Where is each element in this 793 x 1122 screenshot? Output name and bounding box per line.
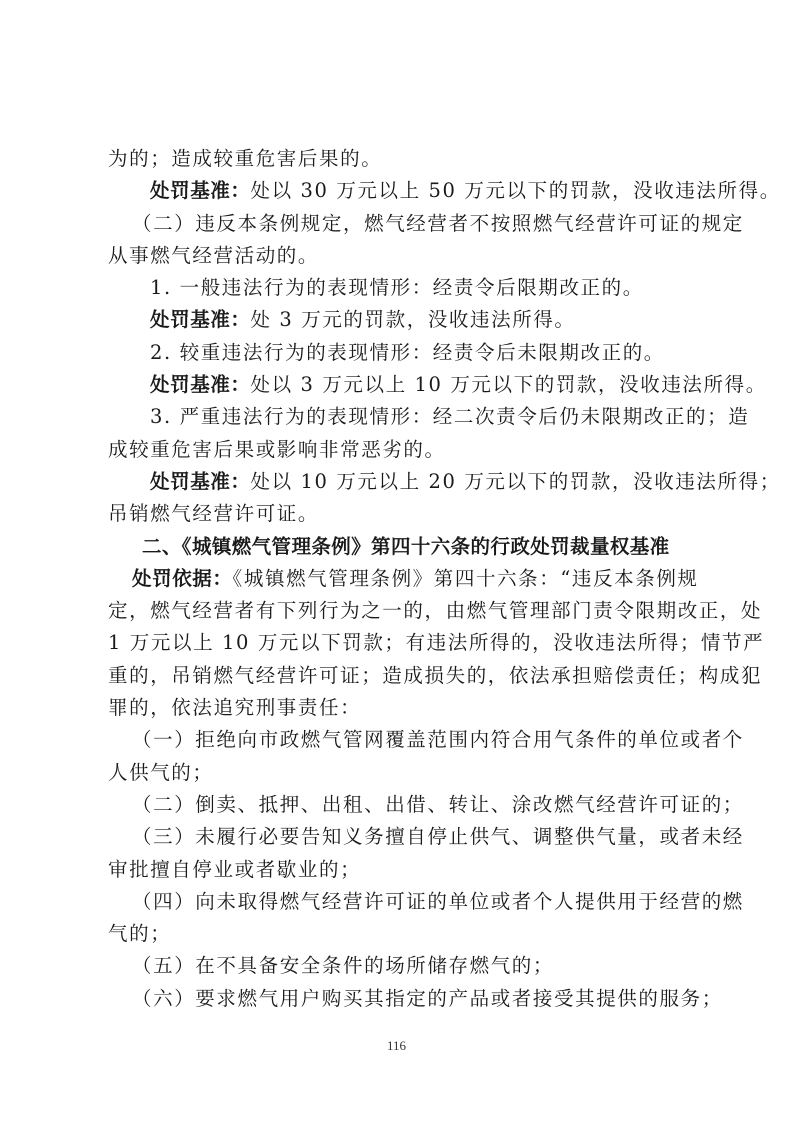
- case-line: 1. 一般违法行为的表现情形：经责令后限期改正的。: [108, 272, 686, 304]
- page-number: 116: [0, 1038, 793, 1054]
- clause-line: （四）向未取得燃气经营许可证的单位或者个人提供用于经营的燃: [108, 886, 686, 918]
- clause-line: 气的；: [108, 918, 686, 950]
- penalty-basis-text: 《城镇燃气管理条例》第四十六条：“违反本条例规: [233, 567, 699, 590]
- paragraph-line: 重的，吊销燃气经营许可证；造成损失的，依法承担赔偿责任；构成犯: [108, 660, 686, 692]
- penalty-standard-label: 处罚基准：: [150, 179, 251, 202]
- clause-line: （六）要求燃气用户购买其指定的产品或者接受其提供的服务；: [108, 983, 686, 1015]
- penalty-standard-text: 处以 3 万元以上 10 万元以下的罚款，没收违法所得。: [251, 373, 767, 396]
- clause-line: 审批擅自停业或者歇业的；: [108, 854, 686, 886]
- penalty-standard-line: 处罚基准：处 3 万元的罚款，没收违法所得。: [108, 304, 686, 336]
- penalty-standard-text: 处 3 万元的罚款，没收违法所得。: [251, 308, 576, 331]
- case-line: 2. 较重违法行为的表现情形：经责令后未限期改正的。: [108, 337, 686, 369]
- clause-line: （二）违反本条例规定，燃气经营者不按照燃气经营许可证的规定: [108, 208, 686, 240]
- clause-line: （五）在不具备安全条件的场所储存燃气的；: [108, 950, 686, 982]
- penalty-standard-text: 处以 10 万元以上 20 万元以下的罚款，没收违法所得；: [251, 470, 781, 493]
- clause-line: （三）未履行必要告知义务擅自停止供气、调整供气量，或者未经: [108, 821, 686, 853]
- penalty-basis-label: 处罚依据：: [132, 567, 233, 590]
- penalty-standard-text: 处以 30 万元以上 50 万元以下的罚款，没收违法所得。: [251, 179, 781, 202]
- penalty-standard-line: 处罚基准：处以 10 万元以上 20 万元以下的罚款，没收违法所得；: [108, 466, 686, 498]
- penalty-standard-label: 处罚基准：: [150, 470, 251, 493]
- clause-line: （一）拒绝向市政燃气管网覆盖范围内符合用气条件的单位或者个: [108, 724, 686, 756]
- clause-line: （二）倒卖、抵押、出租、出借、转让、涂改燃气经营许可证的；: [108, 789, 686, 821]
- clause-line: 人供气的；: [108, 757, 686, 789]
- paragraph-line: 罪的，依法追究刑事责任：: [108, 692, 686, 724]
- case-line: 成较重危害后果或影响非常恶劣的。: [108, 434, 686, 466]
- case-line: 3. 严重违法行为的表现情形：经二次责令后仍未限期改正的；造: [108, 401, 686, 433]
- paragraph-line: 为的；造成较重危害后果的。: [108, 143, 686, 175]
- clause-line: 从事燃气经营活动的。: [108, 240, 686, 272]
- penalty-standard-label: 处罚基准：: [150, 373, 251, 396]
- penalty-standard-label: 处罚基准：: [150, 308, 251, 331]
- penalty-standard-line: 处罚基准：处以 3 万元以上 10 万元以下的罚款，没收违法所得。: [108, 369, 686, 401]
- section-heading: 二、《城镇燃气管理条例》第四十六条的行政处罚裁量权基准: [108, 531, 686, 563]
- paragraph-line: 定，燃气经营者有下列行为之一的，由燃气管理部门责令限期改正，处: [108, 595, 686, 627]
- penalty-standard-line: 处罚基准：处以 30 万元以上 50 万元以下的罚款，没收违法所得。: [108, 175, 686, 207]
- document-body: 为的；造成较重危害后果的。 处罚基准：处以 30 万元以上 50 万元以下的罚款…: [108, 143, 686, 1015]
- paragraph-line: 1 万元以上 10 万元以下罚款；有违法所得的，没收违法所得；情节严: [108, 627, 686, 659]
- paragraph-line: 吊销燃气经营许可证。: [108, 498, 686, 530]
- penalty-basis-line: 处罚依据：《城镇燃气管理条例》第四十六条：“违反本条例规: [108, 563, 686, 595]
